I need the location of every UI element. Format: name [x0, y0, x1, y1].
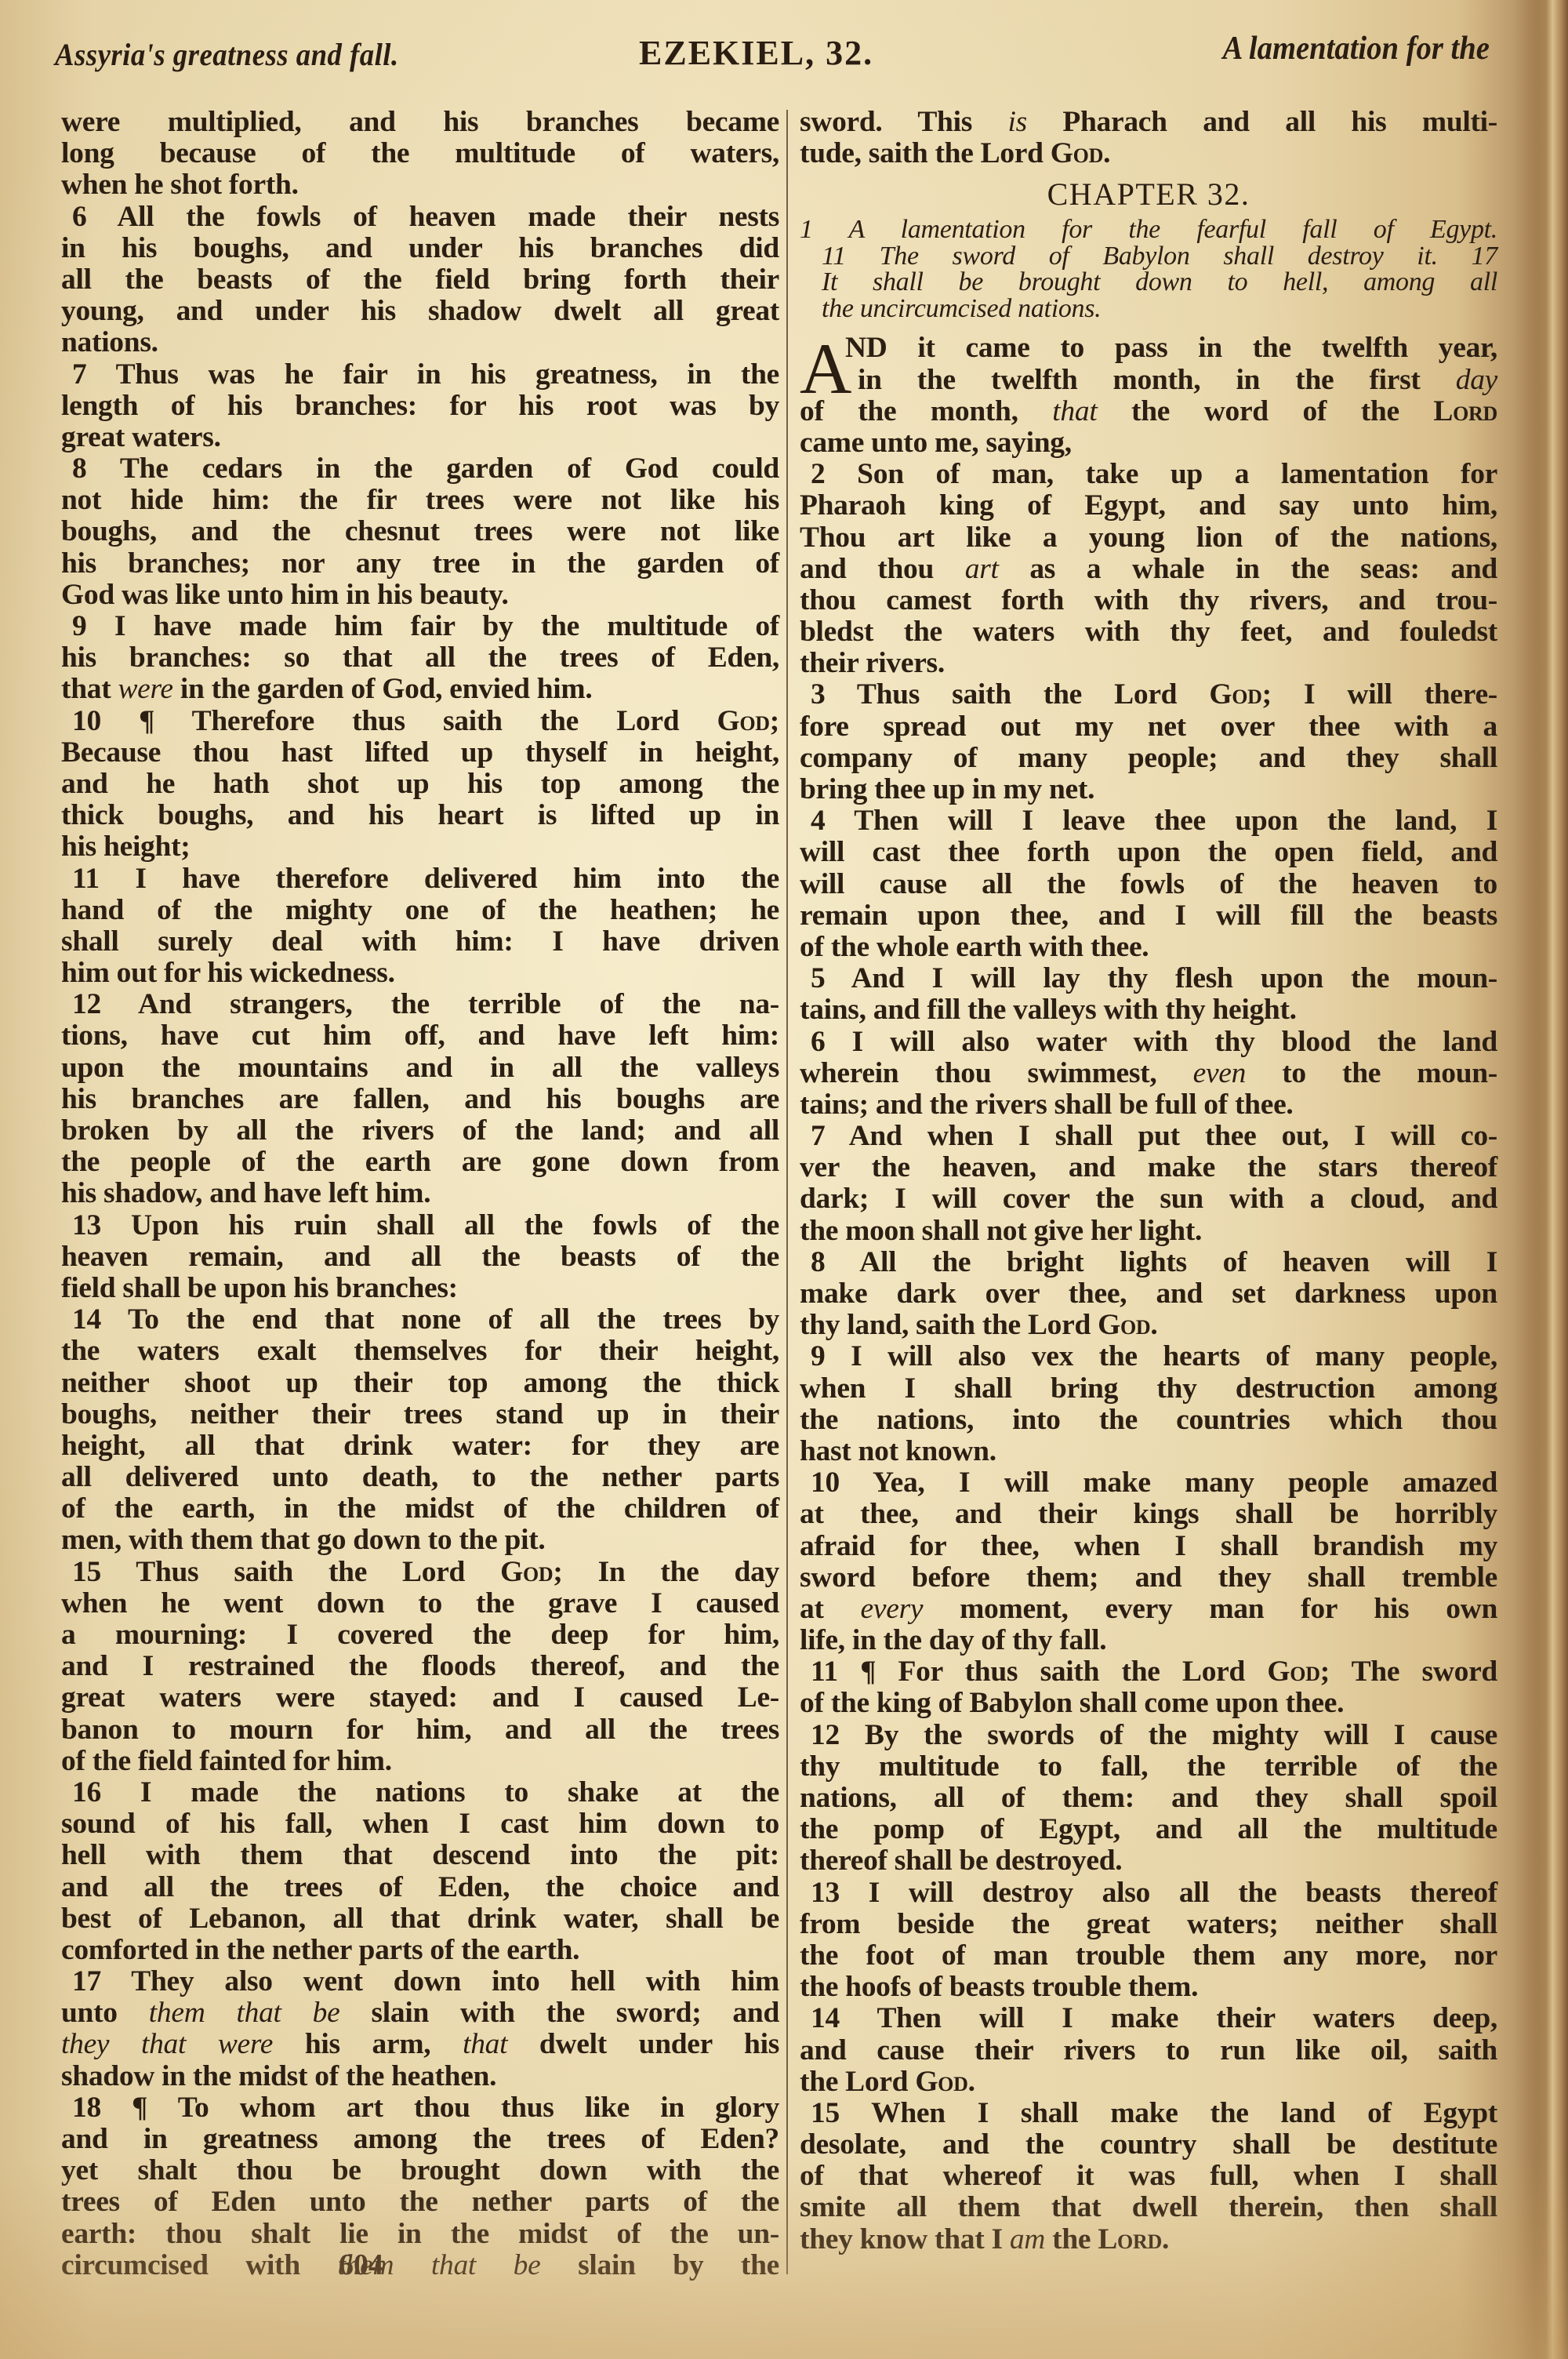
text-line: tions, have cut him off, and have left h…: [61, 1020, 779, 1052]
text-run: 6 All the fowls of heaven made their nes…: [72, 201, 779, 233]
text-line: tude, saith the Lord God.: [800, 138, 1497, 169]
text-run: 11 I have therefore delivered him into t…: [72, 863, 779, 895]
text-run: make dark over thee, and set darkness up…: [800, 1278, 1497, 1310]
text-run: a mourning: I covered the deep for him,: [61, 1619, 779, 1651]
italic-text: they that were: [61, 2028, 273, 2060]
text-run: 13 I will destroy also all the beasts th…: [811, 1877, 1497, 1909]
chapter-summary: 1 A lamentation for the fearful fall of …: [800, 216, 1497, 322]
text-run: slain with the sword; and: [339, 1997, 779, 2029]
text-run: and all the trees of Eden, the choice an…: [61, 1871, 779, 1903]
text-line: when he went down to the grave I caused: [61, 1588, 779, 1619]
text-run: ; I will there-: [1262, 678, 1497, 711]
text-line: men, with them that go down to the pit.: [61, 1525, 779, 1556]
chapter-opening: A ND it came to pass in the twelfth year…: [800, 333, 1497, 395]
text-line: 11 ¶ For thus saith the Lord God; The sw…: [800, 1656, 1497, 1688]
text-run: fore spread out my net over thee with a: [800, 711, 1497, 743]
text-run: his branches are fallen, and his boughs …: [61, 1083, 779, 1115]
text-run: at thee, and their kings shall be horrib…: [800, 1498, 1497, 1530]
text-run: 2 Son of man, take up a lamentation for: [811, 458, 1497, 490]
text-line: and in greatness among the trees of Eden…: [61, 2124, 779, 2155]
text-run: when I shall bring thy destruction among: [800, 1372, 1497, 1405]
text-line: afraid for thee, when I shall brandish m…: [800, 1531, 1497, 1562]
text-line: will cause all the fowls of the heaven t…: [800, 869, 1497, 900]
text-run: thick boughs, and his heart is lifted up…: [61, 799, 779, 831]
text-line: boughs, and the chesnut trees were not l…: [61, 516, 779, 547]
text-run: Because thou hast lifted up thyself in h…: [61, 736, 779, 769]
text-line: shadow in the midst of the heathen.: [61, 2061, 779, 2092]
text-run: of that whereof it was full, when I shal…: [800, 2160, 1497, 2192]
italic-text: am: [1010, 2223, 1045, 2255]
chapter-32-verses: of the month, that the word of the Lordc…: [800, 396, 1497, 2255]
text-run: sound of his fall, when I cast him down …: [61, 1808, 779, 1840]
text-run: life, in the day of thy fall.: [800, 1624, 1106, 1656]
text-line: upon the mountains and in all the valley…: [61, 1052, 779, 1084]
text-run: 14 Then will I make their waters deep,: [811, 2002, 1497, 2034]
text-line: their rivers.: [800, 648, 1497, 679]
text-line: came unto me, saying,: [800, 427, 1497, 459]
italic-text: that: [1052, 395, 1097, 427]
text-run: of the king of Babylon shall come upon t…: [800, 1687, 1344, 1719]
text-run: desolate, and the country shall be desti…: [800, 2128, 1497, 2161]
page-edge-shadow: [1513, 0, 1568, 2359]
text-line: his branches are fallen, and his boughs …: [61, 1084, 779, 1115]
text-line: 13 Upon his ruin shall all the fowls of …: [61, 1210, 779, 1241]
continued-verse-lines: sword. This is Pharach and all his multi…: [800, 107, 1497, 169]
header-right-topic: A lamentation for the: [1223, 30, 1490, 67]
text-line: him out for his wickedness.: [61, 958, 779, 989]
drop-cap-letter: A: [800, 337, 851, 400]
text-run: long because of the multitude of waters,: [61, 137, 779, 169]
text-run: hell with them that descend into the pit…: [61, 1839, 779, 1871]
italic-text: art: [965, 553, 999, 585]
text-line: 10 ¶ Therefore thus saith the Lord God;: [61, 706, 779, 737]
text-line: 17 They also went down into hell with hi…: [61, 1966, 779, 1997]
text-run: all delivered unto death, to the nether …: [61, 1461, 779, 1493]
text-line: tains; and the rivers shall be full of t…: [800, 1089, 1497, 1121]
text-line: God was like unto him in his beauty.: [61, 580, 779, 611]
text-run: 16 I made the nations to shake at the: [72, 1776, 779, 1808]
text-run: 8 The cedars in the garden of God could: [72, 453, 779, 485]
column-divider: [786, 110, 788, 2274]
text-line: and all the trees of Eden, the choice an…: [61, 1872, 779, 1903]
text-line: 4 Then will I leave thee upon the land, …: [800, 805, 1497, 837]
text-line: the pomp of Egypt, and all the multitude: [800, 1814, 1497, 1845]
text-line: unto them that be slain with the sword; …: [61, 1997, 779, 2029]
text-line: the people of the earth are gone down fr…: [61, 1147, 779, 1178]
text-line: not hide him: the fir trees were not lik…: [61, 485, 779, 516]
text-run: .: [1103, 137, 1110, 169]
text-line: trees of Eden unto the nether parts of t…: [61, 2186, 779, 2218]
text-line: they know that I am the Lord.: [800, 2224, 1497, 2255]
text-run: shall surely deal with him: I have drive…: [61, 925, 779, 958]
text-line: in his boughs, and under his branches di…: [61, 233, 779, 264]
text-line: remain upon thee, and I will fill the be…: [800, 900, 1497, 932]
text-line: 2 Son of man, take up a lamentation for: [800, 459, 1497, 490]
text-line: when he shot forth.: [61, 169, 779, 201]
text-run: the people of the earth are gone down fr…: [61, 1146, 779, 1178]
text-run: heaven remain, and all the beasts of the: [61, 1241, 779, 1273]
text-line: tains, and fill the valleys with thy hei…: [800, 994, 1497, 1026]
text-line: bring thee up in my net.: [800, 774, 1497, 805]
left-column-text: were multiplied, and his branches became…: [61, 107, 779, 2281]
right-column-text: sword. This is Pharach and all his multi…: [800, 107, 1497, 2255]
text-line: and he hath shot up his top among the: [61, 769, 779, 800]
text-line: of the whole earth with thee.: [800, 932, 1497, 963]
text-run: hand of the mighty one of the heathen; h…: [61, 894, 779, 926]
text-run: nations.: [61, 326, 158, 358]
text-run: field shall be upon his branches:: [61, 1272, 458, 1304]
text-run: sword. This: [800, 106, 1007, 138]
header-left-topic: Assyria's greatness and fall.: [55, 36, 399, 73]
text-run: nations, all of them: and they shall spo…: [800, 1782, 1497, 1814]
scanned-bible-page: Assyria's greatness and fall. EZEKIEL, 3…: [0, 0, 1568, 2359]
text-run: 13 Upon his ruin shall all the fowls of …: [72, 1209, 779, 1241]
text-line: at every moment, every man for his own: [800, 1594, 1497, 1625]
text-run: smite all them that dwell therein, then …: [800, 2191, 1497, 2223]
text-line: the nations, into the countries which th…: [800, 1405, 1497, 1436]
small-caps-text: Lord: [1433, 395, 1497, 427]
text-run: upon the mountains and in all the valley…: [61, 1052, 779, 1084]
text-run: 3 Thus saith the Lord: [811, 678, 1209, 711]
text-run: dwelt under his: [507, 2028, 779, 2060]
text-run: company of many people; and they shall: [800, 742, 1497, 774]
text-line: neither shoot up their top among the thi…: [61, 1368, 779, 1399]
summary-line: the uncircumcised nations.: [800, 296, 1497, 322]
text-run: and in greatness among the trees of Eden…: [61, 2123, 779, 2155]
text-run: afraid for thee, when I shall brandish m…: [800, 1530, 1497, 1562]
text-run: best of Lebanon, all that drink water, s…: [61, 1903, 779, 1935]
text-run: tains; and the rivers shall be full of t…: [800, 1089, 1294, 1121]
text-run: 9 I have made him fair by the multitude …: [72, 610, 779, 642]
text-line: his height;: [61, 831, 779, 863]
text-line: and thou art as a whale in the seas: and: [800, 554, 1497, 585]
header-book-chapter: EZEKIEL, 32.: [639, 33, 873, 73]
text-run: his branches: so that all the trees of E…: [61, 642, 779, 674]
text-run: their rivers.: [800, 647, 945, 679]
text-run: .: [1162, 2223, 1169, 2255]
small-caps-text: God: [1051, 137, 1103, 169]
text-line: 14 Then will I make their waters deep,: [800, 2003, 1497, 2034]
text-run: 8 All the bright lights of heaven will I: [811, 1246, 1497, 1278]
text-line: were multiplied, and his branches became: [61, 107, 779, 138]
text-run: from beside the great waters; neither sh…: [800, 1908, 1497, 1940]
text-run: thy multitude to fall, the terrible of t…: [800, 1750, 1497, 1783]
text-run: circumcised with: [61, 2249, 338, 2281]
text-run: thy land, saith the Lord: [800, 1309, 1098, 1341]
text-run: remain upon thee, and I will fill the be…: [800, 900, 1497, 932]
text-run: broken by all the rivers of the land; an…: [61, 1114, 779, 1147]
text-line: comforted in the nether parts of the ear…: [61, 1935, 779, 1966]
text-run: came unto me, saying,: [800, 427, 1072, 459]
text-run: the pomp of Egypt, and all the multitude: [800, 1813, 1497, 1845]
text-run: and cause their rivers to run like oil, …: [800, 2034, 1497, 2066]
text-run: tains, and fill the valleys with thy hei…: [800, 994, 1297, 1026]
text-run: 4 Then will I leave thee upon the land, …: [811, 805, 1497, 837]
text-line: great waters.: [61, 422, 779, 453]
text-run: they know that I: [800, 2223, 1010, 2255]
text-line: dark; I will cover the sun with a cloud,…: [800, 1183, 1497, 1215]
text-line: 9 I have made him fair by the multitude …: [61, 611, 779, 642]
text-run: 12 And strangers, the terrible of the na…: [72, 988, 779, 1020]
text-run: were multiplied, and his branches became: [61, 106, 779, 138]
text-run: length of his branches: for his root was…: [61, 390, 779, 422]
text-run: ver the heaven, and make the stars there…: [800, 1151, 1497, 1183]
italic-text: day: [1456, 364, 1497, 396]
text-run: at: [800, 1593, 861, 1625]
text-line: desolate, and the country shall be desti…: [800, 2129, 1497, 2161]
chapter-heading: CHAPTER 32.: [800, 173, 1497, 216]
text-line: ND it came to pass in the twelfth year,: [800, 333, 1497, 364]
text-run: 12 By the swords of the mighty will I ca…: [811, 1719, 1497, 1751]
text-line: 12 By the swords of the mighty will I ca…: [800, 1720, 1497, 1751]
text-run: trees of Eden unto the nether parts of t…: [61, 2186, 779, 2218]
text-run: 5 And I will lay thy flesh upon the moun…: [811, 962, 1497, 994]
text-run: bring thee up in my net.: [800, 773, 1094, 805]
text-run: his branches; nor any tree in the garden…: [61, 547, 779, 580]
text-line: the moon shall not give her light.: [800, 1216, 1497, 1247]
text-run: his arm,: [273, 2028, 463, 2060]
text-line: sword. This is Pharach and all his multi…: [800, 107, 1497, 138]
small-caps-text: God: [500, 1556, 553, 1588]
text-line: 16 I made the nations to shake at the: [61, 1777, 779, 1808]
text-run: boughs, neither their trees stand up in …: [61, 1398, 779, 1430]
text-line: and cause their rivers to run like oil, …: [800, 2035, 1497, 2066]
text-line: yet shalt thou be brought down with the: [61, 2155, 779, 2186]
text-line: 15 When I shall make the land of Egypt: [800, 2098, 1497, 2129]
italic-text: is: [1007, 106, 1026, 138]
text-run: and he hath shot up his top among the: [61, 768, 779, 800]
text-run: and thou: [800, 553, 965, 585]
text-line: a mourning: I covered the deep for him,: [61, 1619, 779, 1651]
text-line: of that whereof it was full, when I shal…: [800, 2161, 1497, 2192]
text-line: sound of his fall, when I cast him down …: [61, 1808, 779, 1840]
text-run: wherein thou swimmest,: [800, 1057, 1193, 1089]
text-line: the waters exalt themselves for their he…: [61, 1336, 779, 1367]
text-line: 8 The cedars in the garden of God could: [61, 453, 779, 485]
summary-line: 1 A lamentation for the fearful fall of …: [800, 216, 1497, 243]
text-run: 14 To the end that none of all the trees…: [72, 1303, 779, 1336]
text-line: his shadow, and have left him.: [61, 1178, 779, 1209]
text-run: the waters exalt themselves for their he…: [61, 1335, 779, 1367]
text-line: thou camest forth with thy rivers, and t…: [800, 585, 1497, 616]
text-line: 13 I will destroy also all the beasts th…: [800, 1877, 1497, 1909]
text-line: the Lord God.: [800, 2066, 1497, 2098]
text-line: 8 All the bright lights of heaven will I: [800, 1247, 1497, 1278]
text-line: 11 I have therefore delivered him into t…: [61, 863, 779, 895]
text-run: God was like unto him in his beauty.: [61, 579, 509, 611]
text-line: banon to mourn for him, and all the tree…: [61, 1714, 779, 1746]
small-caps-text: God: [717, 705, 770, 737]
text-line: broken by all the rivers of the land; an…: [61, 1115, 779, 1147]
text-line: from beside the great waters; neither sh…: [800, 1909, 1497, 1940]
text-line: boughs, neither their trees stand up in …: [61, 1399, 779, 1430]
text-run: thereof shall be destroyed.: [800, 1845, 1122, 1877]
text-line: wherein thou swimmest, even to the moun-: [800, 1058, 1497, 1089]
text-line: hand of the mighty one of the heathen; h…: [61, 895, 779, 926]
text-line: that were in the garden of God, envied h…: [61, 674, 779, 705]
text-run: the Lord: [800, 2066, 915, 2098]
text-run: and I restrained the floods thereof, and…: [61, 1650, 779, 1682]
text-run: 7 Thus was he fair in his greatness, in …: [72, 358, 779, 391]
text-run: the foot of man trouble them any more, n…: [800, 1939, 1497, 1972]
text-run: as a whale in the seas: and: [999, 553, 1497, 585]
text-line: life, in the day of thy fall.: [800, 1625, 1497, 1656]
text-run: the nations, into the countries which th…: [800, 1404, 1497, 1436]
text-line: Because thou hast lifted up thyself in h…: [61, 737, 779, 769]
text-run: the word of the: [1097, 395, 1433, 427]
text-line: height, all that drink water: for they a…: [61, 1430, 779, 1462]
summary-line: It shall be brought down to hell, among …: [800, 269, 1497, 296]
text-run: tude, saith the Lord: [800, 137, 1051, 169]
text-run: dark; I will cover the sun with a cloud,…: [800, 1183, 1497, 1215]
text-line: thereof shall be destroyed.: [800, 1845, 1497, 1877]
text-line: will cast thee forth upon the open field…: [800, 837, 1497, 868]
text-line: all delivered unto death, to the nether …: [61, 1462, 779, 1493]
text-run: ND it came to pass in the twelfth year,: [845, 332, 1497, 364]
text-run: moment, every man for his own: [923, 1593, 1497, 1625]
text-run: in his boughs, and under his branches di…: [61, 232, 779, 264]
text-line: the hoofs of beasts trouble them.: [800, 1972, 1497, 2003]
text-line: thick boughs, and his heart is lifted up…: [61, 800, 779, 831]
italic-text: that: [463, 2028, 507, 2060]
text-run: all the beasts of the field bring forth …: [61, 264, 779, 296]
text-run: .: [1150, 1309, 1157, 1341]
text-line: when I shall bring thy destruction among: [800, 1373, 1497, 1405]
text-run: banon to mourn for him, and all the tree…: [61, 1714, 779, 1746]
text-run: ; The sword: [1320, 1656, 1497, 1688]
text-run: 7 And when I shall put thee out, I will …: [811, 1120, 1497, 1152]
small-caps-text: Lord: [1098, 2223, 1162, 2255]
text-run: when he shot forth.: [61, 169, 299, 201]
text-run: 17 They also went down into hell with hi…: [72, 1965, 779, 1997]
text-line: ver the heaven, and make the stars there…: [800, 1152, 1497, 1183]
text-line: fore spread out my net over thee with a: [800, 711, 1497, 743]
text-line: they that were his arm, that dwelt under…: [61, 2029, 779, 2060]
text-run: that: [61, 673, 118, 705]
italic-text: every: [861, 1593, 924, 1625]
text-line: field shall be upon his branches:: [61, 1273, 779, 1304]
text-line: of the king of Babylon shall come upon t…: [800, 1688, 1497, 1719]
text-run: neither shoot up their top among the thi…: [61, 1367, 779, 1399]
text-run: shadow in the midst of the heathen.: [61, 2060, 496, 2092]
text-run: 9 I will also vex the hearts of many peo…: [811, 1340, 1497, 1372]
text-line: great waters were stayed: and I caused L…: [61, 1682, 779, 1714]
text-line: 10 Yea, I will make many people amazed: [800, 1467, 1497, 1499]
text-run: height, all that drink water: for they a…: [61, 1430, 779, 1462]
text-run: will cast thee forth upon the open field…: [800, 836, 1497, 868]
text-line: hell with them that descend into the pit…: [61, 1840, 779, 1871]
text-line: 12 And strangers, the terrible of the na…: [61, 989, 779, 1020]
text-line: circumcised with them that be slain by t…: [61, 2250, 779, 2281]
running-header: Assyria's greatness and fall. EZEKIEL, 3…: [55, 30, 1490, 85]
text-run: the: [1045, 2223, 1098, 2255]
text-line: make dark over thee, and set darkness up…: [800, 1278, 1497, 1310]
text-run: 10 Yea, I will make many people amazed: [811, 1467, 1497, 1499]
text-run: 18 ¶ To whom art thou thus like in glory: [72, 2092, 779, 2124]
summary-line: 11 The sword of Babylon shall destroy it…: [800, 243, 1497, 270]
text-run: 15 Thus saith the Lord: [72, 1556, 500, 1588]
text-run: his shadow, and have left him.: [61, 1177, 430, 1209]
text-run: 11 ¶ For thus saith the Lord: [811, 1656, 1267, 1688]
text-line: nations.: [61, 327, 779, 358]
small-caps-text: God: [1267, 1656, 1319, 1688]
text-line: 9 I will also vex the hearts of many peo…: [800, 1341, 1497, 1372]
text-line: shall surely deal with him: I have drive…: [61, 926, 779, 958]
text-line: the foot of man trouble them any more, n…: [800, 1940, 1497, 1972]
text-run: in the twelfth month, in the first: [858, 364, 1456, 396]
text-line: young, and under his shadow dwelt all gr…: [61, 296, 779, 327]
text-run: 10 ¶ Therefore thus saith the Lord: [72, 705, 717, 737]
italic-text: even: [1193, 1057, 1246, 1089]
text-run: 6 I will also water with thy blood the l…: [811, 1026, 1497, 1058]
text-line: of the month, that the word of the Lord: [800, 396, 1497, 427]
small-caps-text: God: [1098, 1309, 1150, 1341]
text-line: sword before them; and they shall trembl…: [800, 1562, 1497, 1594]
text-line: of the field fainted for him.: [61, 1746, 779, 1777]
text-line: thy land, saith the Lord God.: [800, 1310, 1497, 1341]
text-run: yet shalt thou be brought down with the: [61, 2154, 779, 2186]
text-line: of the earth, in the midst of the childr…: [61, 1493, 779, 1525]
text-line: Pharaoh king of Egypt, and say unto him,: [800, 490, 1497, 522]
text-run: boughs, and the chesnut trees were not l…: [61, 515, 779, 547]
text-line: 7 And when I shall put thee out, I will …: [800, 1121, 1497, 1152]
text-line: heaven remain, and all the beasts of the: [61, 1241, 779, 1273]
text-run: bledst the waters with thy feet, and fou…: [800, 616, 1497, 648]
text-run: 15 When I shall make the land of Egypt: [811, 2097, 1497, 2129]
text-run: .: [968, 2066, 975, 2098]
text-line: 14 To the end that none of all the trees…: [61, 1304, 779, 1336]
text-line: Thou art like a young lion of the nation…: [800, 522, 1497, 554]
text-run: Pharaoh king of Egypt, and say unto him,: [800, 489, 1497, 522]
text-run: will cause all the fowls of the heaven t…: [800, 868, 1497, 900]
text-run: great waters.: [61, 421, 221, 453]
text-run: of the whole earth with thee.: [800, 931, 1149, 963]
text-line: 7 Thus was he fair in his greatness, in …: [61, 359, 779, 391]
text-line: smite all them that dwell therein, then …: [800, 2192, 1497, 2223]
text-run: comforted in the nether parts of the ear…: [61, 1934, 579, 1966]
text-line: his branches: so that all the trees of E…: [61, 642, 779, 674]
text-run: sword before them; and they shall trembl…: [800, 1561, 1497, 1594]
text-run: when he went down to the grave I caused: [61, 1587, 779, 1619]
text-run: unto: [61, 1997, 149, 2029]
text-line: thy multitude to fall, the terrible of t…: [800, 1751, 1497, 1783]
text-line: nations, all of them: and they shall spo…: [800, 1783, 1497, 1814]
text-line: all the beasts of the field bring forth …: [61, 264, 779, 296]
text-run: not hide him: the fir trees were not lik…: [61, 484, 779, 516]
page-number: 604: [339, 2248, 383, 2282]
text-line: bledst the waters with thy feet, and fou…: [800, 616, 1497, 648]
text-line: at thee, and their kings shall be horrib…: [800, 1499, 1497, 1530]
text-run: great waters were stayed: and I caused L…: [61, 1681, 779, 1714]
text-run: men, with them that go down to the pit.: [61, 1524, 545, 1556]
text-run: earth: thou shalt lie in the midst of th…: [61, 2218, 779, 2250]
text-line: and I restrained the floods thereof, and…: [61, 1651, 779, 1682]
text-line: 5 And I will lay thy flesh upon the moun…: [800, 963, 1497, 994]
text-run: to the moun-: [1246, 1057, 1497, 1089]
text-run: ;: [770, 705, 779, 737]
text-run: of the earth, in the midst of the childr…: [61, 1492, 779, 1525]
text-line: 15 Thus saith the Lord God; In the day: [61, 1557, 779, 1588]
text-run: in the garden of God, envied him.: [173, 673, 593, 705]
text-run: of the field fainted for him.: [61, 1745, 392, 1777]
text-run: him out for his wickedness.: [61, 957, 395, 989]
text-run: the moon shall not give her light.: [800, 1215, 1202, 1247]
text-run: thou camest forth with thy rivers, and t…: [800, 584, 1497, 616]
text-line: 6 I will also water with thy blood the l…: [800, 1027, 1497, 1058]
text-line: long because of the multitude of waters,: [61, 138, 779, 169]
text-run: young, and under his shadow dwelt all gr…: [61, 295, 779, 327]
text-line: in the twelfth month, in the first day: [800, 365, 1497, 396]
